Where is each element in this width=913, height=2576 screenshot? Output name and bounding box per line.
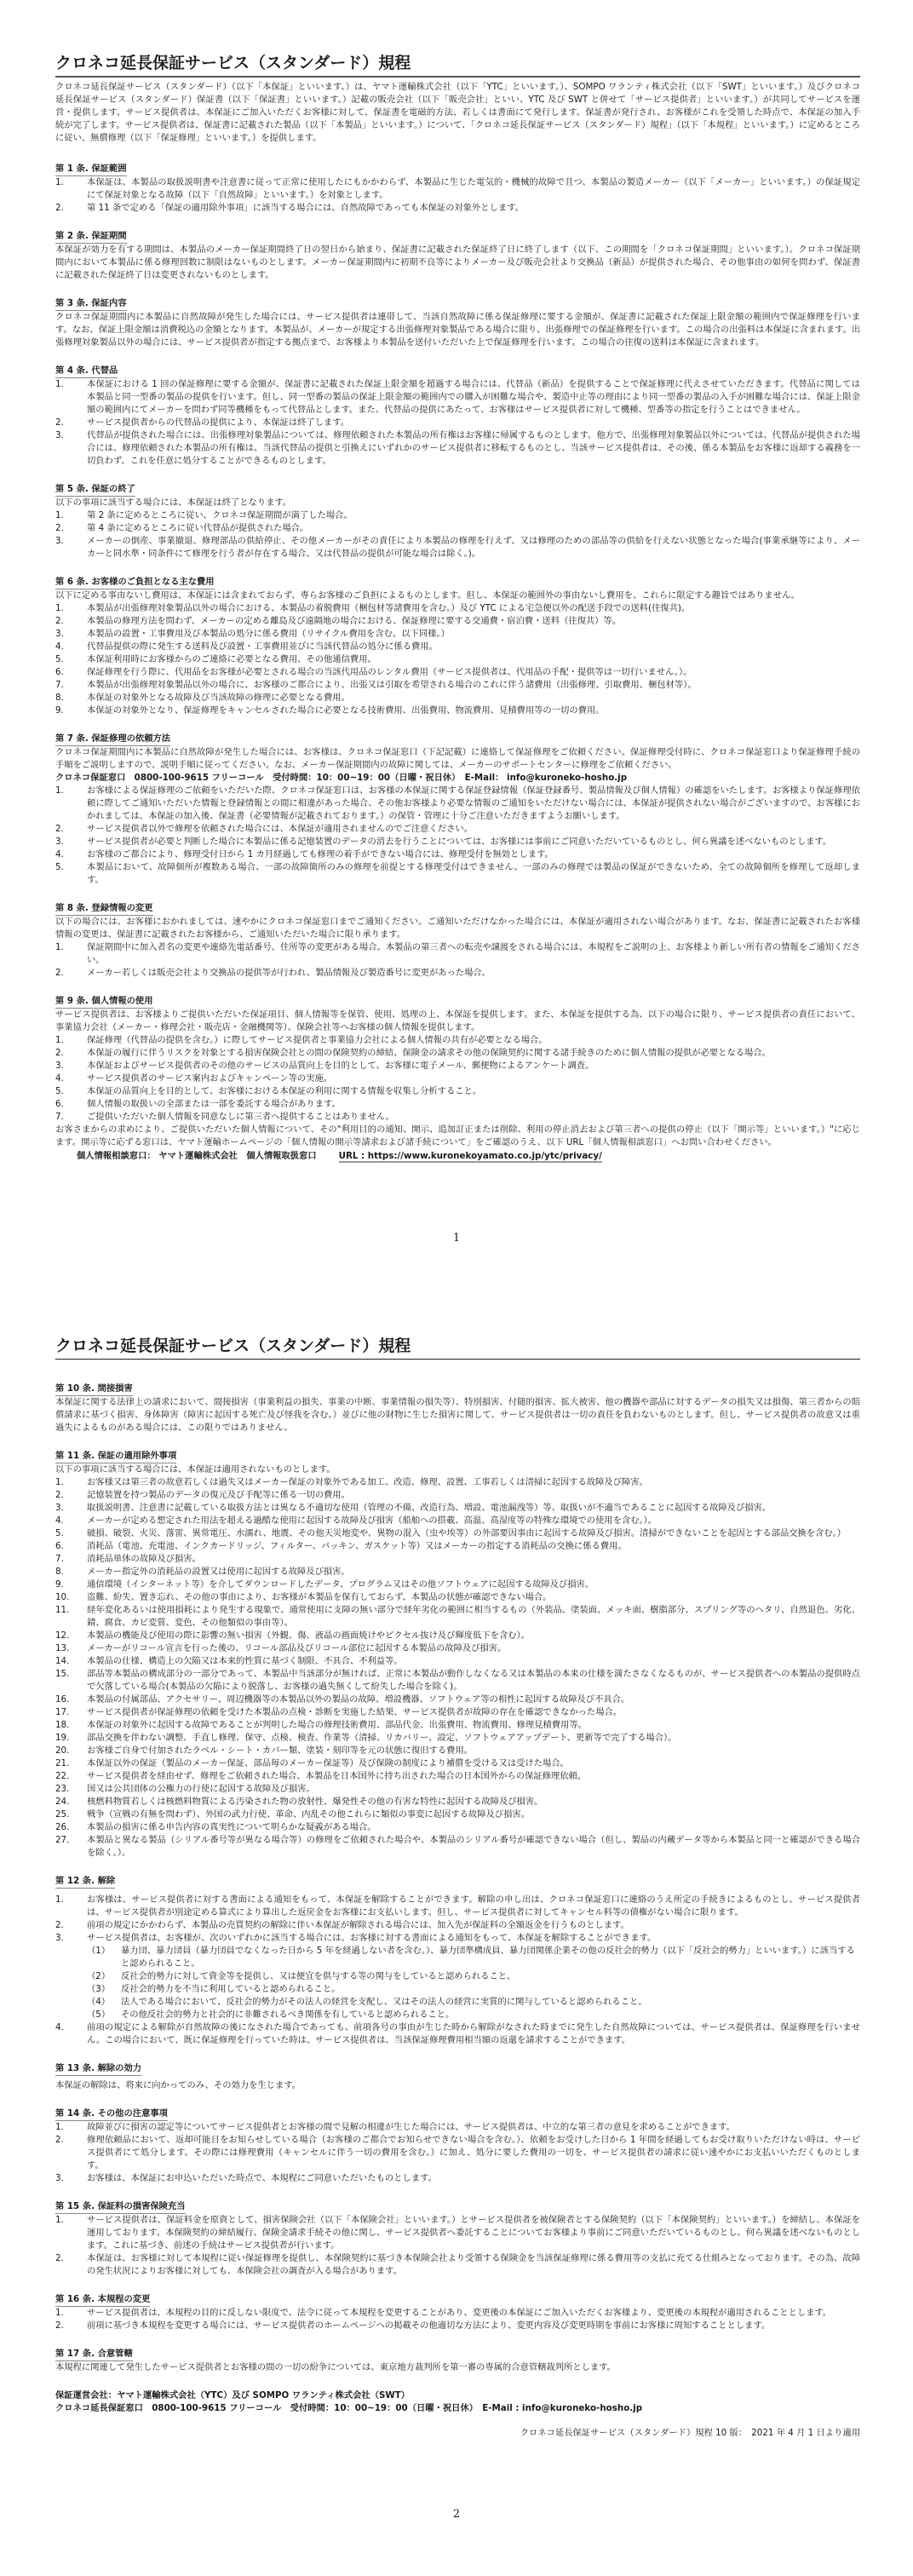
list-item: 7.本製品が出張修理対象製品以外の場合に、お客様のご都合により、出張又は引取を希… (55, 679, 860, 692)
article-text: サービス提供者は、お客様よりご提供いただいた保証項目、個人情報等を保管、使用、処… (55, 1009, 860, 1034)
article-15: 第 15 条. 保証料の損害保険充当 1.サービス提供者は、保証料金を原資として… (55, 2196, 860, 2278)
article-12: 第 12 条. 解除 1.お客様は、サービス提供者に対する書面による通知をもって… (55, 1871, 860, 2047)
article-14: 第 14 条. その他の注意事項 1.故障並びに損害の認定等についてサービス提供… (55, 2103, 860, 2185)
article-11: 第 11 条. 保証の適用除外事項 以下の事項に該当する場合には、本保証は適用さ… (55, 1446, 860, 1860)
list-item: 13.メーカーがリコール宣言を行った後の、リコール部品及びリコール部位に起因する… (55, 1642, 860, 1655)
article-items: 1.お客様による保証修理のご依頼をいただいた際、クロネコ保証窓口は、お客様の本保… (55, 785, 860, 887)
page-number: 1 (0, 1232, 913, 1245)
list-item: 1.第 2 条に定めるところに従い、クロネコ保証期間が満了した場合。 (55, 509, 860, 522)
list-item: 25.戦争（宣戦の有無を問わず）、外国の武力行使、革命、内乱その他これらに類似の… (55, 1808, 860, 1821)
article-text: 本保証に関する法律上の請求において、間接損害（事業利益の損失、事業の中断、事業情… (55, 1396, 860, 1435)
list-item: 9.通信環境（インターネット等）を介してダウンロードしたデータ、プログラム又はそ… (55, 1578, 860, 1591)
list-item: 1.サービス提供者は、保証料金を原資として、損害保険会社（以下「本保険会社」とい… (55, 2214, 860, 2252)
list-item: 2.記憶装置を持つ製品のデータの復元及び手配等に係る一切の費用。 (55, 1489, 860, 1502)
article-heading: 第 5 条. 保証の終了 (55, 483, 135, 497)
list-item: 1.サービス提供者は、本規程の目的に反しない限度で、法令に従って本規程を変更する… (55, 2307, 860, 2320)
list-item: 3.メーカーの倒産、事業撤退、修理部品の供給停止、その他メーカーがその責任により… (55, 535, 860, 561)
article-heading: 第 4 条. 代替品 (55, 365, 118, 378)
article-8: 第 8 条. 登録情報の変更 以下の場合には、お客様におかれましては、速やかにク… (55, 898, 860, 980)
list-item: 7.ご提供いただいた個人情報を同意なしに第三者へ提供することはありません。 (55, 1111, 860, 1124)
list-item: 1.保証期間中に加入者名の変更や連絡先電話番号、住所等の変更がある場合。本製品の… (55, 941, 860, 967)
article-9: 第 9 条. 個人情報の使用 サービス提供者は、お客様よりご提供いただいた保証項… (55, 991, 860, 1163)
list-item: 6.消耗品（電池、充電池、インクカードリッジ、フィルター、パッキン、ガスケット等… (55, 1540, 860, 1553)
list-item: 27.本製品と異なる製品（シリアル番号等が異なる場合等）の修理をご依頼された場合… (55, 1834, 860, 1860)
list-item: 2.第 4 条に定めるところに従い代替品が提供された場合。 (55, 522, 860, 535)
intro-paragraph: クロネコ延長保証サービス（スタンダード）（以下「本保証」といいます。）は、ヤマト… (55, 81, 860, 145)
list-item: 19.部品交換を伴わない調整、手直し修理、保守、点検、検査、作業等（清掃、リカバ… (55, 1732, 860, 1745)
page-2-content: クロネコ延長保証サービス（スタンダード）規程 第 10 条. 間接損害 本保証に… (55, 1336, 860, 2440)
article-items: 1.第 2 条に定めるところに従い、クロネコ保証期間が満了した場合。 2.第 4… (55, 509, 860, 561)
list-item: 2.本保証は、お客様に対して本規程に従い保証修理を提供し、本保険契約に基づき本保… (55, 2252, 860, 2278)
list-item: 17.サービス提供者が保証修理の依頼を受けた本製品の点検・診断を実施した結果、サ… (55, 1706, 860, 1719)
list-item: 1.お客様による保証修理のご依頼をいただいた際、クロネコ保証窓口は、お客様の本保… (55, 785, 860, 823)
list-item: 21.本保証以外の保証（製品のメーカー保証、部品毎のメーカー保証等）及び保険の制… (55, 1757, 860, 1770)
document-title: クロネコ延長保証サービス（スタンダード）規程 (55, 53, 860, 78)
article-5: 第 5 条. 保証の終了 以下の事項に該当する場合には、本保証は終了となります。… (55, 479, 860, 561)
article-items: 4.前項の規定による解除が自然故障の後になされた場合であっても、前項各号の事由が… (55, 2021, 860, 2047)
article-heading: 第 13 条. 解除の効力 (55, 2062, 141, 2076)
article-heading: 第 11 条. 保証の適用除外事項 (55, 1450, 176, 1463)
article-heading: 第 12 条. 解除 (55, 1875, 115, 1889)
page-2: クロネコ延長保証サービス（スタンダード）規程 第 10 条. 間接損害 本保証に… (0, 1288, 913, 2576)
list-item: 6.個人情報の取扱いの全部または一部を委託する場合があります。 (55, 1098, 860, 1111)
article-heading: 第 16 条. 本規程の変更 (55, 2293, 150, 2307)
article-heading: 第 15 条. 保証料の損害保険充当 (55, 2200, 186, 2214)
list-item: 3.本保証およびサービス提供者のその他のサービスの品質向上を目的として、お客様に… (55, 1060, 860, 1072)
page-number: 2 (0, 2508, 913, 2521)
footer-info: 保証運営会社：ヤマト運輸株式会社（YTC）及び SOMPO ワランティ株式会社（… (55, 2389, 860, 2440)
list-item: 2.メーカー若しくは販売会社より交換品の提供等が行われ、製品情報及び製造番号に変… (55, 967, 860, 980)
list-item: 22.サービス提供者を経由せず、修理をご依頼された場合、本製品を日本国外に持ち出… (55, 1770, 860, 1783)
list-item: 1.保証修理（代替品の提供を含む。）に際してサービス提供者と事業協力会社による個… (55, 1034, 860, 1047)
list-item: 9.本保証の対象外となり、保証修理をキャンセルされた場合に必要となる技術費用、出… (55, 704, 860, 717)
article-items: 1.本保証における 1 回の保証修理に要する金額が、保証書に記載された保証上限金… (55, 378, 860, 468)
article-heading: 第 6 条. お客様のご負担となる主な費用 (55, 576, 215, 589)
article-heading: 第 1 条. 保証範囲 (55, 163, 127, 176)
article-heading: 第 8 条. 登録情報の変更 (55, 902, 153, 916)
list-item: 5.破損、破裂、火災、落雷、異常電圧、水濡れ、地震、その他天災地変や、異物の混入… (55, 1527, 860, 1540)
support-contact-info: クロネコ延長保証窓口 0800-100-9615 フリーコール 受付時間：10：… (55, 2402, 860, 2415)
article-items: 1.保証修理（代替品の提供を含む。）に際してサービス提供者と事業協力会社による個… (55, 1034, 860, 1124)
list-item: 4.代替品提供の際に発生する送料及び設置・工事費用並びに当該代替品の処分に係る費… (55, 641, 860, 653)
sub-list-item: （3）反社会的勢力を不当に利用していると認められること。 (87, 1983, 860, 1996)
list-item: 1.故障並びに損害の認定等についてサービス提供者とお客様の間で見解の相違が生じた… (55, 2121, 860, 2134)
document-title: クロネコ延長保証サービス（スタンダード）規程 (55, 1336, 860, 1360)
list-item: 2.修理依頼品において、返却可能日をお知らせしている場合（お客様のご都合でお知ら… (55, 2134, 860, 2172)
list-item: 2.本保証の履行に伴うリスクを対象とする損害保険会社との間の保険契約の締結、保険… (55, 1047, 860, 1060)
list-item: 1.お客様は、サービス提供者に対する書面による通知をもって、本保証を解除すること… (55, 1894, 860, 1919)
list-item: 7.消耗品単体の故障及び損害。 (55, 1553, 860, 1566)
list-item: 3.代替品が提供された場合には、出張修理対象製品については、修理依頼された本製品… (55, 429, 860, 468)
list-item: 2.前項の規定にかかわらず、本製品の売買契約の解除に伴い本保証が解除される場合に… (55, 1919, 860, 1932)
version-note: クロネコ延長保証サービス（スタンダード）規程 10 版： 2021 年 4 月 … (55, 2427, 860, 2440)
article-2: 第 2 条. 保証期間 本保証が効力を有する期間は、本製品のメーカー保証期間終了… (55, 226, 860, 282)
article-6: 第 6 条. お客様のご負担となる主な費用 以下に定める事由ないし費用は、本保証… (55, 572, 860, 717)
list-item: 3.本製品の設置・工事費用及び本製品の処分に係る費用（リサイクル費用を含む。以下… (55, 628, 860, 641)
list-item: 8.メーカー指定外の消耗品の設置又は使用に起因する故障及び損害。 (55, 1566, 860, 1578)
article-heading: 第 7 条. 保証修理の依頼方法 (55, 733, 170, 746)
list-item: 3.取扱説明書、注意書に記載している取扱方法とは異なる不適切な使用（管理の不備、… (55, 1502, 860, 1515)
list-item: 6.保証修理を行う際に、代用品をお客様が必要とされる場合の当該代用品のレンタル費… (55, 666, 860, 679)
article-items: 1.故障並びに損害の認定等についてサービス提供者とお客様の間で見解の相違が生じた… (55, 2121, 860, 2185)
list-item: 12.本製品の機能及び使用の際に影響の無い損害（外観、傷、液晶の画面焼けやピクセ… (55, 1630, 860, 1642)
list-item: 4.お客様のご都合により、修理受付日から 1 カ月経過しても修理の着手ができない… (55, 848, 860, 861)
sub-list-item: （2）反社会的勢力に対して資金等を提供し、又は便宜を供与する等の関与をしていると… (87, 1970, 860, 1983)
article-items: 1.保証期間中に加入者名の変更や連絡先電話番号、住所等の変更がある場合。本製品の… (55, 941, 860, 980)
list-item: 2.本製品の修理方法を問わず、メーカーの定める離島及び遠隔地の場合における、保証… (55, 615, 860, 628)
page-1: クロネコ延長保証サービス（スタンダード）規程 クロネコ延長保証サービス（スタンダ… (0, 0, 913, 1288)
list-item: 23.国又は公共団体の公権力の行使に起因する故障及び損害。 (55, 1783, 860, 1796)
article-10: 第 10 条. 間接損害 本保証に関する法律上の請求において、間接損害（事業利益… (55, 1378, 860, 1435)
list-item: 4.前項の規定による解除が自然故障の後になされた場合であっても、前項各号の事由が… (55, 2021, 860, 2047)
privacy-url-link[interactable]: URL : https://www.kuronekoyamato.co.jp/y… (339, 1151, 602, 1163)
article-text: 以下の場合には、お客様におかれましては、速やかにクロネコ保証窓口までご通知くださ… (55, 916, 860, 941)
article-16: 第 16 条. 本規程の変更 1.サービス提供者は、本規程の目的に反しない限度で… (55, 2289, 860, 2332)
article-text: 以下に定める事由ないし費用は、本保証には含まれておらず、専らお客様のご負担による… (55, 589, 860, 602)
list-item: 4.サービス提供者のサービス案内およびキャンペーン等の実施。 (55, 1072, 860, 1085)
list-item: 5.本保証の品質向上を目的として、お客様における本保証の利用に関する情報を収集し… (55, 1085, 860, 1098)
article-text: クロネコ保証期間内に本製品に自然故障が発生した場合には、サービス提供者は連帯して… (55, 311, 860, 349)
list-item: 3.お客様は、本保証にお申込いただいた時点で、本規程にご同意いただいたものとしま… (55, 2172, 860, 2185)
operating-companies: 保証運営会社：ヤマト運輸株式会社（YTC）及び SOMPO ワランティ株式会社（… (55, 2389, 860, 2402)
list-item: 3.サービス提供者は、お客様が、次のいずれかに該当する場合には、お客様に対する書… (55, 1932, 860, 1945)
list-item: 14.本製品の仕様、構造上の欠陥又は本来的性質に基づく制限、不具合、不利益等。 (55, 1655, 860, 1668)
article-items: 1.お客様は、サービス提供者に対する書面による通知をもって、本保証を解除すること… (55, 1894, 860, 1945)
sub-list-item: （5）その他反社会的勢力と社会的に非難されるべき関係を有していると認められること… (87, 2009, 860, 2021)
article-text: 本保証が効力を有する期間は、本製品のメーカー保証期間終了日の翌日から始まり、保証… (55, 244, 860, 282)
article-items: 1.お客様又は第三者の故意若しくは過失又はメーカー保証の対象外である加工、改造、… (55, 1476, 860, 1860)
article-heading: 第 17 条. 合意管轄 (55, 2348, 133, 2361)
list-item: 11.経年変化あるいは使用損耗により発生する現象で、通常使用に支障の無い部分で経… (55, 1604, 860, 1630)
article-heading: 第 3 条. 保証内容 (55, 297, 127, 311)
list-item: 1.本製品が出張修理対象製品以外の場合における、本製品の着脱費用（梱包材等諸費用… (55, 602, 860, 615)
list-item: 15.部品等本製品の構成部分の一部分であって、本製品中当該部分が無ければ、正常に… (55, 1668, 860, 1693)
list-item: 10.盗難、紛失、置き忘れ、その他の事由により、お客様が本製品を保有しておらず、… (55, 1591, 860, 1604)
article-7: 第 7 条. 保証修理の依頼方法 クロネコ保証期間内に本製品に自然故障が発生した… (55, 728, 860, 887)
article-17: 第 17 条. 合意管轄 本規程に関連して発生したサービス提供者とお客様の間の一… (55, 2343, 860, 2374)
list-item: 2.サービス提供者からの代替品の提供により、本保証は終了します。 (55, 417, 860, 429)
list-item: 1.本保証は、本製品の取扱説明書や注意書に従って正常に使用したにもかかわらず、本… (55, 176, 860, 202)
list-item: 24.核燃料物質若しくは核燃料物質による汚染された物の放射性、爆発性その他の有害… (55, 1796, 860, 1808)
article-text: 以下の事項に該当する場合には、本保証は終了となります。 (55, 497, 860, 509)
article-13: 第 13 条. 解除の効力 本保証の解除は、将来に向かってのみ、その効力を生じま… (55, 2058, 860, 2092)
article-1: 第 1 条. 保証範囲 1.本保証は、本製品の取扱説明書や注意書に従って正常に使… (55, 158, 860, 215)
article-4: 第 4 条. 代替品 1.本保証における 1 回の保証修理に要する金額が、保証書… (55, 360, 860, 468)
list-item: 16.本製品の付属部品、アクセサリー、周辺機器等の本製品以外の製品の故障、増設機… (55, 1693, 860, 1706)
list-item: 1.本保証における 1 回の保証修理に要する金額が、保証書に記載された保証上限金… (55, 378, 860, 417)
article-text: 本規程に関連して発生したサービス提供者とお客様の間の一切の紛争については、東京地… (55, 2361, 860, 2374)
article-text: 本保証の解除は、将来に向かってのみ、その効力を生じます。 (55, 2079, 860, 2092)
article-items: 1.本保証は、本製品の取扱説明書や注意書に従って正常に使用したにもかかわらず、本… (55, 176, 860, 215)
sub-list-item: （4）法人である場合において、反社会的勢力がその法人の経営を支配し、又はその法人… (87, 1996, 860, 2009)
article-heading: 第 14 条. その他の注意事項 (55, 2107, 168, 2121)
list-item: 5.本保証利用時にお客様からのご連絡に必要となる費用、その他通信費用。 (55, 653, 860, 666)
privacy-contact: 個人情報相談窓口： ヤマト運輸株式会社 個人情報取扱窓口URL : https:… (55, 1149, 860, 1163)
list-item: 18.本保証の対象外に起因する故障であることが判明した場合の修理技術費用、部品代… (55, 1719, 860, 1732)
list-item: 1.お客様又は第三者の故意若しくは過失又はメーカー保証の対象外である加工、改造、… (55, 1476, 860, 1489)
article-heading: 第 9 条. 個人情報の使用 (55, 995, 153, 1009)
article-subitems: （1）暴力団、暴力団員（暴力団員でなくなった日から 5 年を経過しない者を含む。… (55, 1945, 860, 2021)
support-contact-info: クロネコ保証窓口 0800-100-9615 フリーコール 受付時間：10：00… (55, 772, 860, 785)
article-items: 1.サービス提供者は、保証料金を原資として、損害保険会社（以下「本保険会社」とい… (55, 2214, 860, 2278)
page-1-content: クロネコ延長保証サービス（スタンダード）規程 クロネコ延長保証サービス（スタンダ… (55, 53, 860, 1163)
list-item: 2.前項に基づき本規程を変更する場合には、サービス提供者のホームページへの掲載そ… (55, 2320, 860, 2332)
article-heading: 第 10 条. 間接損害 (55, 1383, 133, 1396)
list-item: 20.お客様ご自身で付加されたラベル・シート・カバー類、塗装・刻印等を元の状態に… (55, 1745, 860, 1757)
list-item: 2.サービス提供者以外で修理を依頼された場合には、本保証が適用されませんのでご注… (55, 823, 860, 836)
article-heading: 第 2 条. 保証期間 (55, 230, 127, 244)
sub-list-item: （1）暴力団、暴力団員（暴力団員でなくなった日から 5 年を経過しない者を含む。… (87, 1945, 860, 1970)
list-item: 8.本保証の対象外となる故障及び当該故障の修理に必要となる費用。 (55, 692, 860, 704)
article-items: 1.本製品が出張修理対象製品以外の場合における、本製品の着脱費用（梱包材等諸費用… (55, 602, 860, 717)
list-item: 4.メーカーが定める想定された用法を超える過酷な使用に起因する故障及び損害（船舶… (55, 1515, 860, 1527)
list-item: 3.サービス提供者が必要と判断した場合に本製品に係る記憶装置のデータの消去を行う… (55, 836, 860, 848)
list-item: 26.本製品の損害に係る申告内容の真実性について明らかな疑義がある場合。 (55, 1821, 860, 1834)
article-3: 第 3 条. 保証内容 クロネコ保証期間内に本製品に自然故障が発生した場合には、… (55, 293, 860, 349)
privacy-contact-label: 個人情報相談窓口： ヤマト運輸株式会社 個人情報取扱窓口 (77, 1151, 317, 1161)
article-text: クロネコ保証期間内に本製品に自然故障が発生した場合には、お客様は、クロネコ保証窓… (55, 746, 860, 772)
article-closing-text: お客さまからの求めにより、ご提供いただいた個人情報について、その"利用目的の通知… (55, 1124, 860, 1149)
list-item: 2.第 11 条で定める「保証の適用除外事項」に該当する場合には、自然故障であっ… (55, 202, 860, 215)
article-text: 以下の事項に該当する場合には、本保証は適用されないものとします。 (55, 1463, 860, 1476)
list-item: 5.本製品において、故障個所が複数ある場合、一部の故障箇所のみの修理を前提とする… (55, 861, 860, 887)
article-items: 1.サービス提供者は、本規程の目的に反しない限度で、法令に従って本規程を変更する… (55, 2307, 860, 2332)
